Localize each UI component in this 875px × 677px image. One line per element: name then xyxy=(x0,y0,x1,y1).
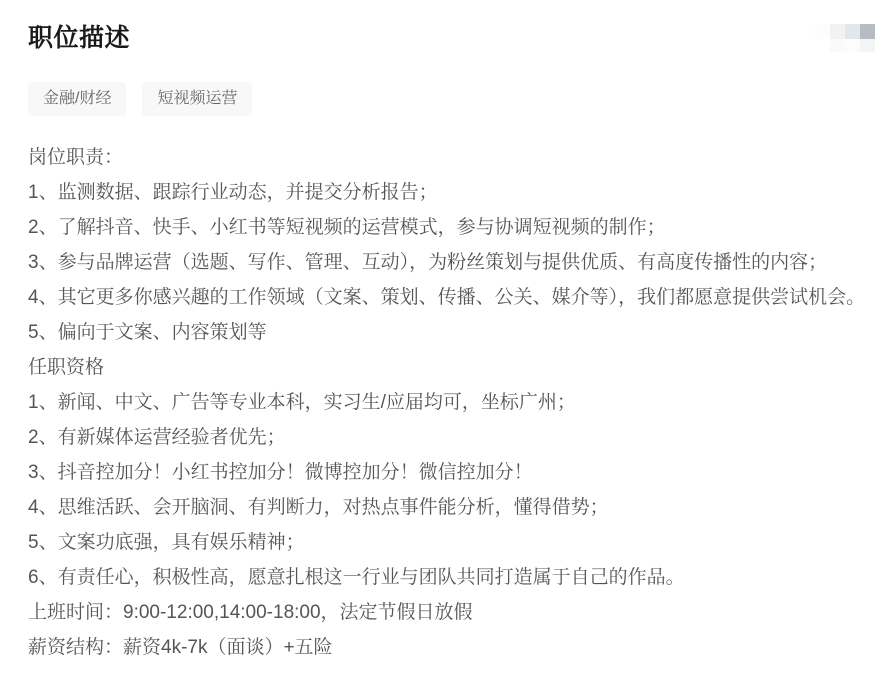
qualification-item-6: 6、有责任心，积极性高，愿意扎根这一行业与团队共同打造属于自己的作品。 xyxy=(28,560,847,595)
qualification-item-3: 3、抖音控加分！小红书控加分！微博控加分！微信控加分！ xyxy=(28,455,847,490)
qualification-item-2: 2、有新媒体运营经验者优先； xyxy=(28,420,847,455)
qualifications-heading: 任职资格 xyxy=(28,350,847,385)
duty-item-5: 5、偏向于文案、内容策划等 xyxy=(28,315,847,350)
redacted-thumbnail xyxy=(815,24,875,52)
qualification-item-1: 1、新闻、中文、广告等专业本科，实习生/应届均可，坐标广州； xyxy=(28,385,847,420)
duty-item-3: 3、参与品牌运营（选题、写作、管理、互动），为粉丝策划与提供优质、有高度传播性的… xyxy=(28,245,847,280)
qualification-item-5: 5、文案功底强，具有娱乐精神； xyxy=(28,525,847,560)
tag-list: 金融/财经 短视频运营 xyxy=(28,82,847,116)
qualification-item-4: 4、思维活跃、会开脑洞、有判断力，对热点事件能分析，懂得借势； xyxy=(28,490,847,525)
salary-line: 薪资结构：薪资4k-7k（面谈）+五险 xyxy=(28,630,847,665)
tag-short-video-operations: 短视频运营 xyxy=(142,82,252,116)
page-title: 职位描述 xyxy=(28,25,847,51)
work-hours-line: 上班时间：9:00-12:00,14:00-18:00，法定节假日放假 xyxy=(28,595,847,630)
tag-finance: 金融/财经 xyxy=(28,82,126,116)
job-description-text: 岗位职责： 1、监测数据、跟踪行业动态，并提交分析报告； 2、了解抖音、快手、小… xyxy=(28,140,847,665)
duties-heading: 岗位职责： xyxy=(28,140,847,175)
duty-item-2: 2、了解抖音、快手、小红书等短视频的运营模式，参与协调短视频的制作； xyxy=(28,210,847,245)
job-description-panel: 职位描述 金融/财经 短视频运营 岗位职责： 1、监测数据、跟踪行业动态，并提交… xyxy=(0,0,875,677)
duty-item-1: 1、监测数据、跟踪行业动态，并提交分析报告； xyxy=(28,175,847,210)
duty-item-4: 4、其它更多你感兴趣的工作领域（文案、策划、传播、公关、媒介等），我们都愿意提供… xyxy=(28,280,847,315)
